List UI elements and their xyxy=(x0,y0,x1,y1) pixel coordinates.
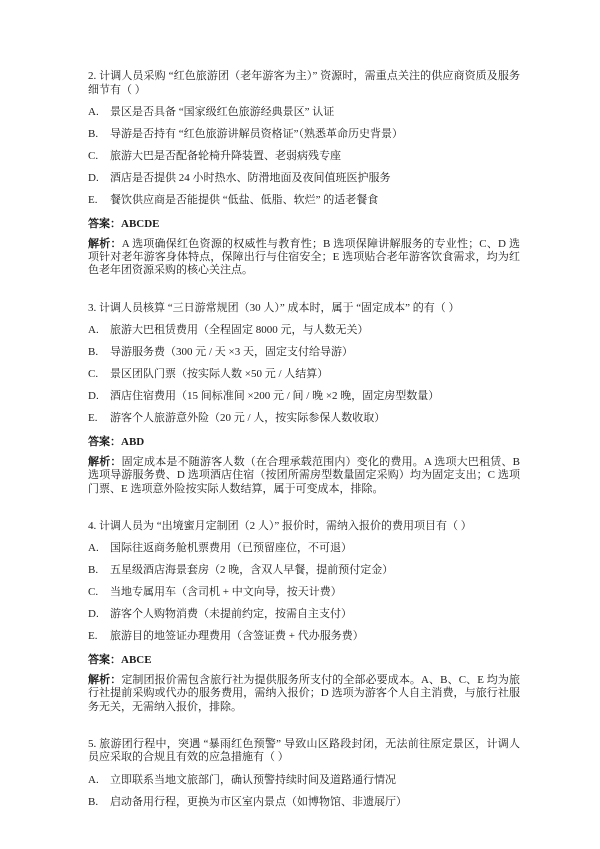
option-label: A. xyxy=(88,106,110,119)
option-row: B. 启动备用行程，更换为市区室内景点（如博物馆、非遗展厅） xyxy=(88,796,520,809)
option-text: 导游服务费（300 元 / 天 ×3 天，固定支付给导游） xyxy=(110,346,520,359)
option-label: B. xyxy=(88,796,110,809)
explanation-text: 定制团报价需包含旅行社为提供服务所支付的全部必要成本。A、B、C、E 均为旅行社… xyxy=(88,674,520,712)
option-row: A. 旅游大巴租赁费用（全程固定 8000 元，与人数无关） xyxy=(88,324,520,337)
option-row: B. 导游是否持有 “红色旅游讲解员资格证”（熟悉革命历史背景） xyxy=(88,128,520,141)
option-label: B. xyxy=(88,564,110,577)
explanation: 解析：定制团报价需包含旅行社为提供服务所支付的全部必要成本。A、B、C、E 均为… xyxy=(88,674,520,714)
option-text: 五星级酒店海景套房（2 晚，含双人早餐，提前预付定金） xyxy=(110,564,520,577)
option-row: D. 酒店是否提供 24 小时热水、防滑地面及夜间值班医护服务 xyxy=(88,172,520,185)
option-text: 国际往返商务舱机票费用（已预留座位，不可退） xyxy=(110,542,520,555)
question-text: 2. 计调人员采购 “红色旅游团（老年游客为主）” 资源时，需重点关注的供应商资… xyxy=(88,70,520,97)
option-text: 餐饮供应商是否能提供 “低盐、低脂、软烂” 的适老餐食 xyxy=(110,194,520,207)
answer-label: 答案： xyxy=(88,436,121,448)
explanation: 解析：固定成本是不随游客人数（在合理承载范围内）变化的费用。A 选项大巴租赁、B… xyxy=(88,456,520,496)
explanation-label: 解析： xyxy=(88,456,122,468)
option-text: 游客个人旅游意外险（20 元 / 人，按实际参保人数收取） xyxy=(110,412,520,425)
document-page: 2. 计调人员采购 “红色旅游团（老年游客为主）” 资源时，需重点关注的供应商资… xyxy=(0,0,600,849)
option-text: 酒店住宿费用（15 间标准间 ×200 元 / 间 / 晚 ×2 晚，固定房型数… xyxy=(110,390,520,403)
explanation: 解析：A 选项确保红色资源的权威性与教育性；B 选项保障讲解服务的专业性；C、D… xyxy=(88,238,520,278)
option-row: C. 景区团队门票（按实际人数 ×50 元 / 人结算） xyxy=(88,368,520,381)
answer-row: 答案：ABD xyxy=(88,436,520,449)
question-block: 2. 计调人员采购 “红色旅游团（老年游客为主）” 资源时，需重点关注的供应商资… xyxy=(88,70,520,278)
explanation-text: A 选项确保红色资源的权威性与教育性；B 选项保障讲解服务的专业性；C、D 选项… xyxy=(88,238,520,276)
question-block: 5. 旅游团行程中，突遇 “暴雨红色预警” 导致山区路段封闭，无法前往原定景区，… xyxy=(88,738,520,809)
option-text: 酒店是否提供 24 小时热水、防滑地面及夜间值班医护服务 xyxy=(110,172,520,185)
option-text: 旅游大巴是否配备轮椅升降装置、老弱病残专座 xyxy=(110,150,520,163)
option-label: A. xyxy=(88,542,110,555)
option-text: 立即联系当地文旅部门，确认预警持续时间及道路通行情况 xyxy=(110,774,520,787)
answer-row: 答案：ABCE xyxy=(88,654,520,667)
explanation-label: 解析： xyxy=(88,238,122,250)
answer-value: ABD xyxy=(121,436,144,448)
option-text: 旅游目的地签证办理费用（含签证费 + 代办服务费） xyxy=(110,630,520,643)
option-label: D. xyxy=(88,608,110,621)
option-row: A. 立即联系当地文旅部门，确认预警持续时间及道路通行情况 xyxy=(88,774,520,787)
answer-row: 答案：ABCDE xyxy=(88,218,520,231)
option-text: 游客个人购物消费（未提前约定，按需自主支付） xyxy=(110,608,520,621)
option-label: E. xyxy=(88,194,110,207)
explanation-text: 固定成本是不随游客人数（在合理承载范围内）变化的费用。A 选项大巴租赁、B 选项… xyxy=(88,456,520,494)
question-text: 3. 计调人员核算 “三日游常规团（30 人）” 成本时，属于 “固定成本” 的… xyxy=(88,302,520,316)
option-label: B. xyxy=(88,128,110,141)
option-row: D. 酒店住宿费用（15 间标准间 ×200 元 / 间 / 晚 ×2 晚，固定… xyxy=(88,390,520,403)
option-label: B. xyxy=(88,346,110,359)
answer-label: 答案： xyxy=(88,218,121,230)
option-row: E. 游客个人旅游意外险（20 元 / 人，按实际参保人数收取） xyxy=(88,412,520,425)
option-row: C. 当地专属用车（含司机 + 中文向导，按天计费） xyxy=(88,586,520,599)
option-text: 景区团队门票（按实际人数 ×50 元 / 人结算） xyxy=(110,368,520,381)
option-row: A. 景区是否具备 “国家级红色旅游经典景区” 认证 xyxy=(88,106,520,119)
option-row: E. 旅游目的地签证办理费用（含签证费 + 代办服务费） xyxy=(88,630,520,643)
answer-value: ABCDE xyxy=(121,218,160,230)
option-label: A. xyxy=(88,324,110,337)
answer-value: ABCE xyxy=(121,654,152,666)
option-row: E. 餐饮供应商是否能提供 “低盐、低脂、软烂” 的适老餐食 xyxy=(88,194,520,207)
question-block: 4. 计调人员为 “出境蜜月定制团（2 人）” 报价时，需纳入报价的费用项目有（… xyxy=(88,520,520,714)
question-text: 4. 计调人员为 “出境蜜月定制团（2 人）” 报价时，需纳入报价的费用项目有（… xyxy=(88,520,520,534)
option-label: D. xyxy=(88,172,110,185)
option-label: D. xyxy=(88,390,110,403)
option-text: 启动备用行程，更换为市区室内景点（如博物馆、非遗展厅） xyxy=(110,796,520,809)
option-row: B. 导游服务费（300 元 / 天 ×3 天，固定支付给导游） xyxy=(88,346,520,359)
option-row: B. 五星级酒店海景套房（2 晚，含双人早餐，提前预付定金） xyxy=(88,564,520,577)
option-row: C. 旅游大巴是否配备轮椅升降装置、老弱病残专座 xyxy=(88,150,520,163)
option-text: 景区是否具备 “国家级红色旅游经典景区” 认证 xyxy=(110,106,520,119)
option-label: E. xyxy=(88,630,110,643)
question-block: 3. 计调人员核算 “三日游常规团（30 人）” 成本时，属于 “固定成本” 的… xyxy=(88,302,520,496)
option-label: A. xyxy=(88,774,110,787)
option-label: C. xyxy=(88,586,110,599)
option-label: E. xyxy=(88,412,110,425)
question-text: 5. 旅游团行程中，突遇 “暴雨红色预警” 导致山区路段封闭，无法前往原定景区，… xyxy=(88,738,520,765)
option-label: C. xyxy=(88,150,110,163)
explanation-label: 解析： xyxy=(88,674,121,686)
option-text: 当地专属用车（含司机 + 中文向导，按天计费） xyxy=(110,586,520,599)
option-text: 导游是否持有 “红色旅游讲解员资格证”（熟悉革命历史背景） xyxy=(110,128,520,141)
option-text: 旅游大巴租赁费用（全程固定 8000 元，与人数无关） xyxy=(110,324,520,337)
option-label: C. xyxy=(88,368,110,381)
option-row: D. 游客个人购物消费（未提前约定，按需自主支付） xyxy=(88,608,520,621)
option-row: A. 国际往返商务舱机票费用（已预留座位，不可退） xyxy=(88,542,520,555)
answer-label: 答案： xyxy=(88,654,121,666)
